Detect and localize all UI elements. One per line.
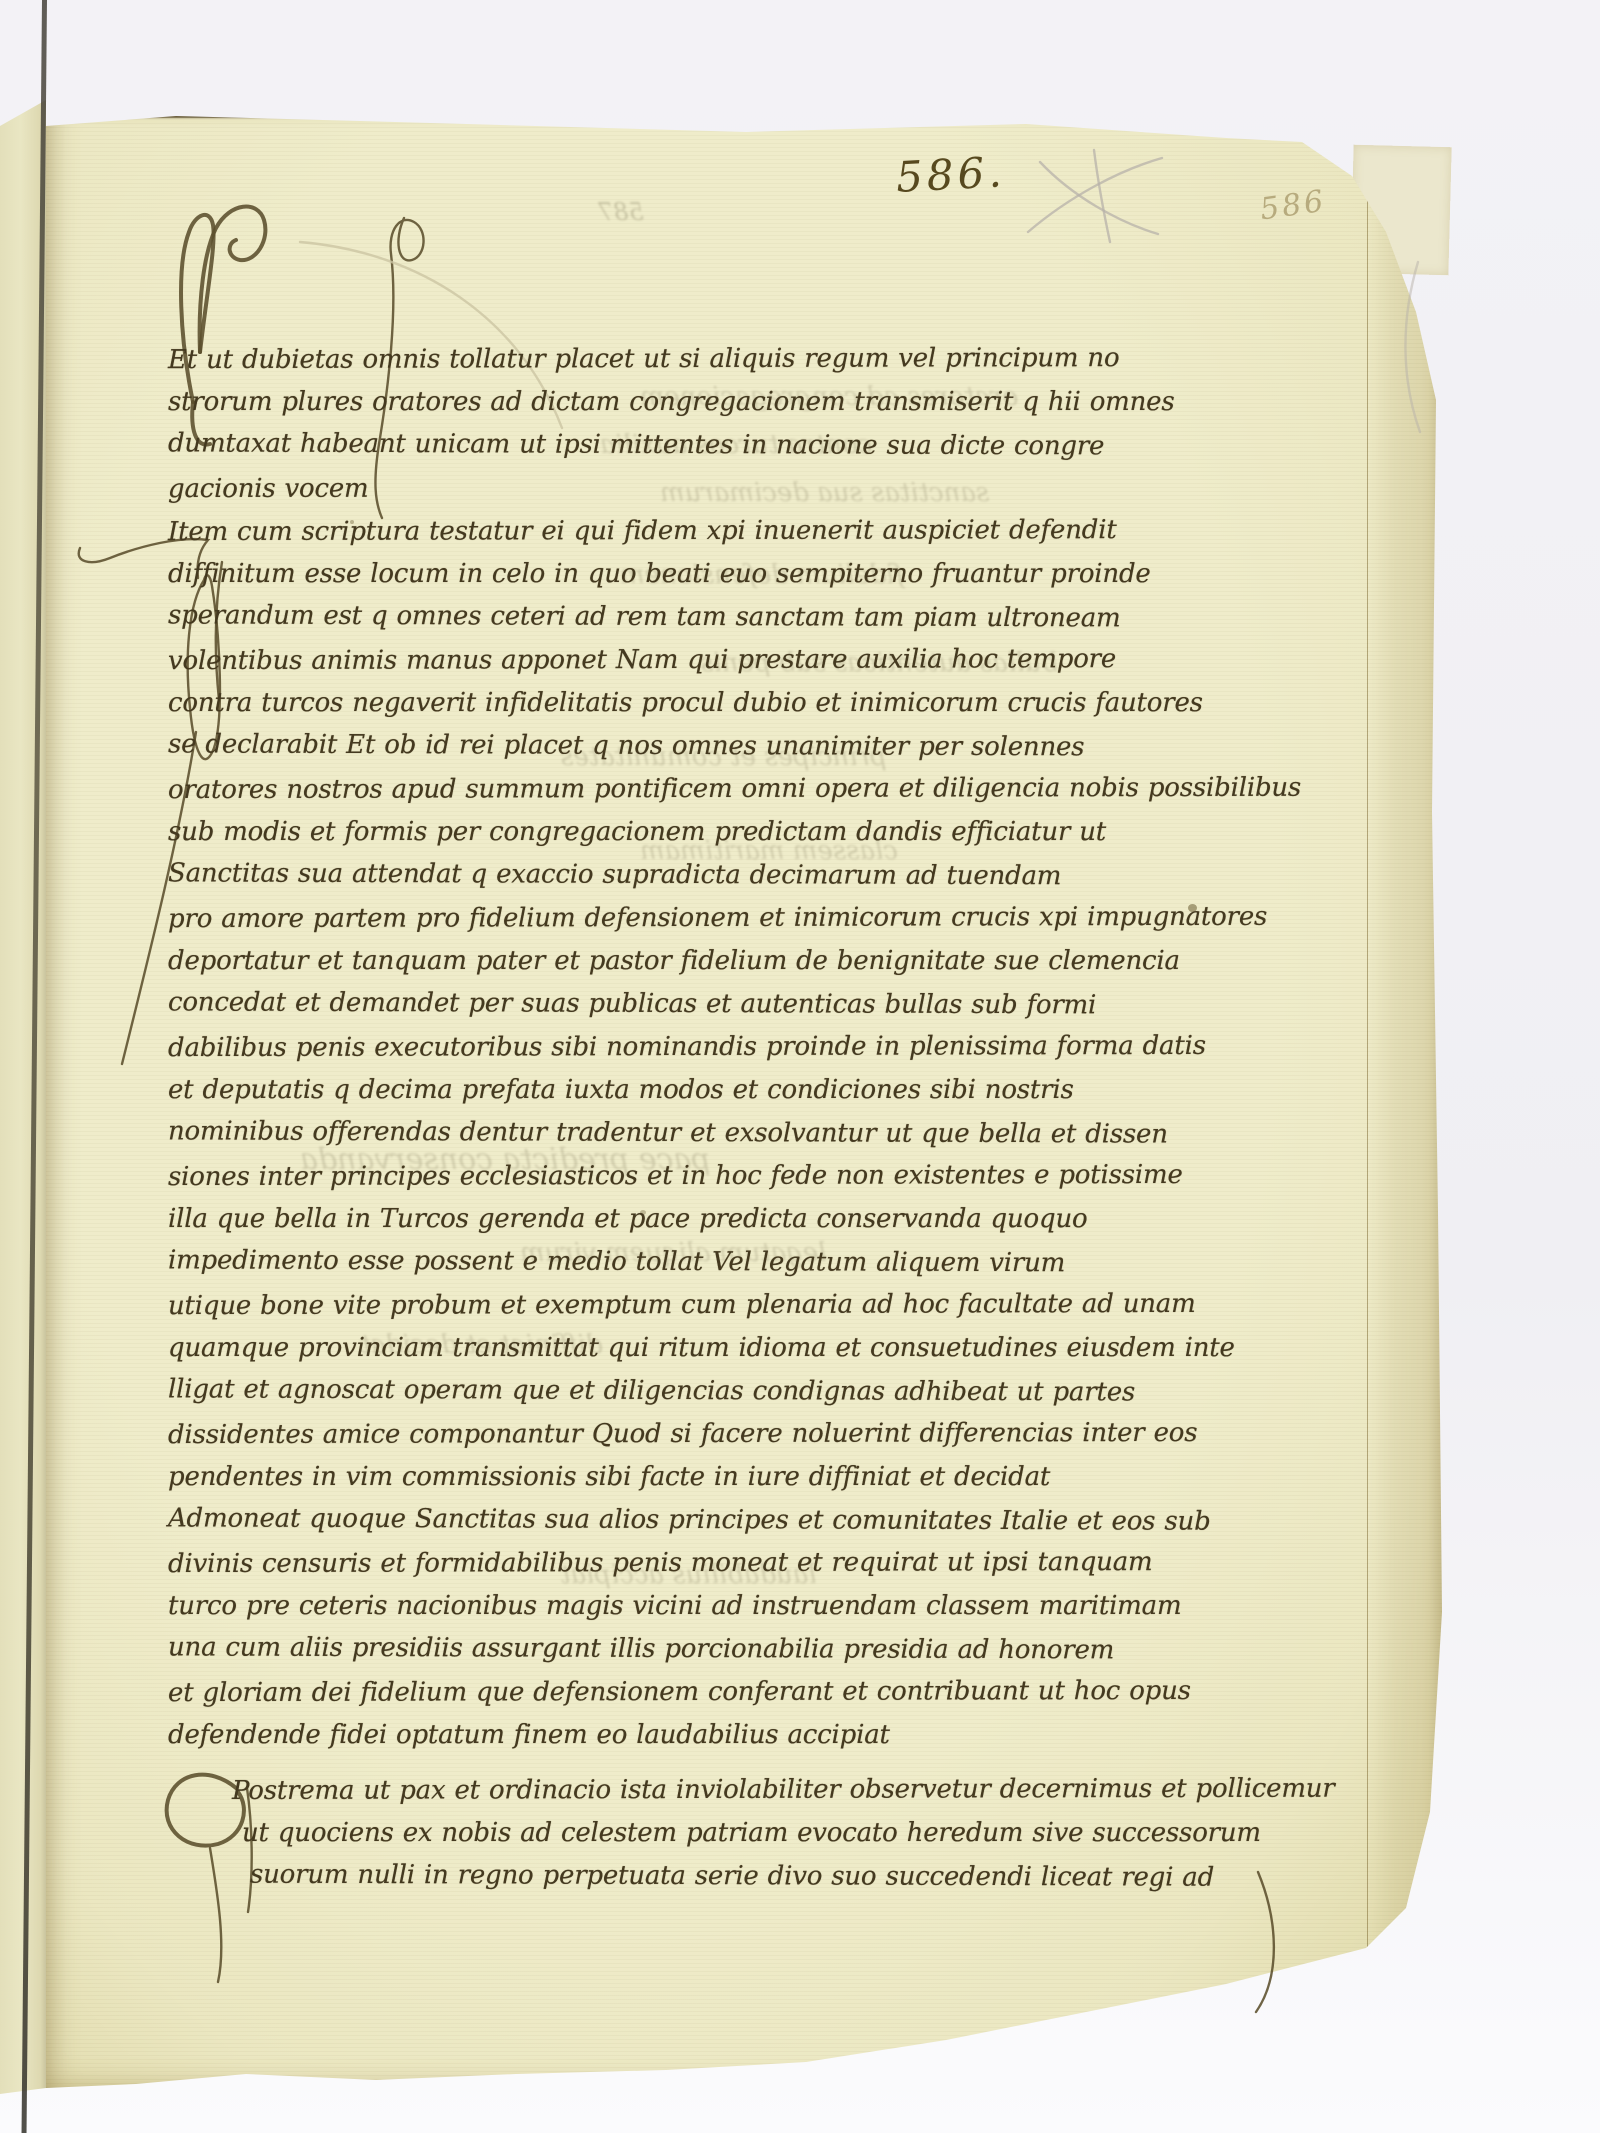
- manuscript-line: dissidentes amice componantur Quod si fa…: [168, 1412, 1198, 1457]
- manuscript-line: concedat et demandet per suas publicas e…: [168, 981, 1198, 1027]
- manuscript-line: pendentes in vim commissionis sibi facte…: [168, 1456, 1198, 1499]
- manuscript-line: oratores nostros apud summum pontificem …: [168, 767, 1198, 812]
- manuscript-line: dabilibus penis executoribus sibi nomina…: [168, 1025, 1198, 1070]
- manuscript-line: pro amore partem pro fidelium defensione…: [168, 896, 1198, 941]
- manuscript-line: lligat et agnoscat operam que et diligen…: [168, 1368, 1198, 1414]
- manuscript-line: gacionis vocem: [168, 466, 1198, 511]
- manuscript-line: impedimento esse possent e medio tollat …: [168, 1239, 1198, 1285]
- manuscript-line: Et ut dubietas omnis tollatur placet ut …: [168, 337, 1198, 382]
- manuscript-line: quamque provinciam transmittat qui ritum…: [168, 1327, 1198, 1370]
- manuscript-line: una cum aliis presidiis assurgant illis …: [168, 1626, 1198, 1672]
- manuscript-line: volentibus animis manus apponet Nam qui …: [168, 638, 1198, 683]
- paragraph: Postrema ut pax et ordinacio ista inviol…: [168, 1769, 1198, 1898]
- manuscript-line: nominibus offerendas dentur tradentur et…: [168, 1110, 1198, 1156]
- manuscript-line: contra turcos negaverit infidelitatis pr…: [168, 682, 1198, 725]
- paragraph: Et ut dubietas omnis tollatur placet ut …: [168, 338, 1198, 510]
- scanned-manuscript-view: { "scan": { "folio_number_center": "586.…: [0, 0, 1600, 2133]
- folio-number: 586.: [895, 147, 1007, 202]
- manuscript-line: Admoneat quoque Sanctitas sua alios prin…: [168, 1497, 1198, 1543]
- manuscript-line: illa que bella in Turcos gerenda et pace…: [168, 1198, 1198, 1241]
- manuscript-text-block: Et ut dubietas omnis tollatur placet ut …: [168, 338, 1198, 1898]
- manuscript-line: utique bone vite probum et exemptum cum …: [168, 1283, 1198, 1328]
- manuscript-line: Postrema ut pax et ordinacio ista inviol…: [168, 1768, 1198, 1813]
- manuscript-line: turco pre ceteris nacionibus magis vicin…: [168, 1585, 1198, 1628]
- bleedthrough-text: 587: [598, 198, 644, 226]
- manuscript-line: ut quociens ex nobis ad celestem patriam…: [168, 1812, 1198, 1855]
- manuscript-line: strorum plures oratores ad dictam congre…: [168, 381, 1198, 424]
- manuscript-line: deportatur et tanquam pater et pastor fi…: [168, 940, 1198, 983]
- manuscript-line: sperandum est q omnes ceteri ad rem tam …: [168, 594, 1198, 640]
- manuscript-line: Item cum scriptura testatur ei qui fidem…: [168, 509, 1198, 554]
- manuscript-line: et gloriam dei fidelium que defensionem …: [168, 1670, 1198, 1715]
- manuscript-line: se declarabit Et ob id rei placet q nos …: [168, 723, 1198, 769]
- manuscript-line: diffinitum esse locum in celo in quo bea…: [168, 553, 1198, 596]
- manuscript-line: defendende fidei optatum finem eo laudab…: [168, 1714, 1198, 1757]
- manuscript-line: dumtaxat habeant unicam ut ipsi mittente…: [168, 422, 1198, 468]
- paragraph: Item cum scriptura testatur ei qui fidem…: [168, 510, 1198, 1757]
- manuscript-line: siones inter principes ecclesiasticos et…: [168, 1154, 1198, 1199]
- manuscript-line: Sanctitas sua attendat q exaccio supradi…: [168, 852, 1198, 898]
- manuscript-line: et deputatis q decima prefata iuxta modo…: [168, 1069, 1198, 1112]
- manuscript-line: divinis censuris et formidabilibus penis…: [168, 1541, 1198, 1586]
- manuscript-line: sub modis et formis per congregacionem p…: [168, 811, 1198, 854]
- manuscript-line: suorum nulli in regno perpetuata serie d…: [168, 1853, 1198, 1899]
